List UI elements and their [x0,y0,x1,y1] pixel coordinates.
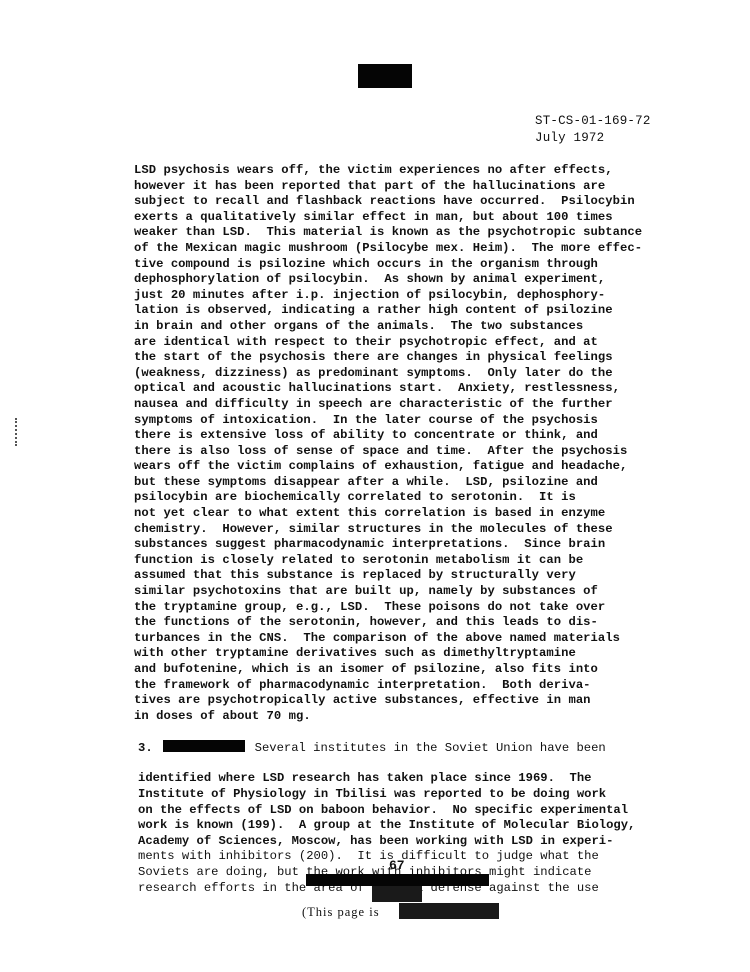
text-line: the framework of pharmacodynamic interpr… [134,678,694,694]
text-line: and bufotenine, which is an isomer of ps… [134,662,694,678]
text-line: weaker than LSD. This material is known … [134,225,694,241]
margin-scan-mark [15,418,20,446]
text-line: substances suggest pharmacodynamic inter… [134,537,694,553]
document-id: ST-CS-01-169-72 [535,113,651,130]
text-line: dephosphorylation of psilocybin. As show… [134,272,694,288]
paragraph-continued: LSD psychosis wears off, the victim expe… [134,163,694,724]
text-line: the start of the psychosis there are cha… [134,350,694,366]
text-line: there is also loss of sense of space and… [134,444,694,460]
paragraph-3-lead: Several institutes in the Soviet Union h… [255,741,606,755]
text-line: exerts a qualitatively similar effect in… [134,210,694,226]
text-line: in brain and other organs of the animals… [134,319,694,335]
text-line: LSD psychosis wears off, the victim expe… [134,163,694,179]
text-line: psilocybin are biochemically correlated … [134,490,694,506]
text-line: similar psychotoxins that are built up, … [134,584,694,600]
text-line: the functions of the serotonin, however,… [134,615,694,631]
text-line: are identical with respect to their psyc… [134,335,694,351]
text-line: lation is observed, indicating a rather … [134,303,694,319]
text-line: turbances in the CNS. The comparison of … [134,631,694,647]
text-line: of the Mexican magic mushroom (Psilocybe… [134,241,694,257]
redaction-block-footer-small [372,886,422,902]
redaction-block-top [358,64,412,88]
text-line: (weakness, dizziness) as predominant sym… [134,366,694,382]
text-line: with other tryptamine derivatives such a… [134,646,694,662]
text-line: nausea and difficulty in speech are char… [134,397,694,413]
document-header: ST-CS-01-169-72 July 1972 [535,113,651,147]
text-line: just 20 minutes after i.p. injection of … [134,288,694,304]
redaction-block-footer [306,874,489,886]
text-line: on the effects of LSD on baboon behavior… [138,803,698,819]
text-line: there is extensive loss of ability to co… [134,428,694,444]
text-line: tive compound is psilozine which occurs … [134,257,694,273]
text-line: tives are psychotropically active substa… [134,693,694,709]
text-line: symptoms of intoxication. In the later c… [134,413,694,429]
text-line: however it has been reported that part o… [134,179,694,195]
paragraph-number: 3. [138,741,153,755]
text-line: ments with inhibitors (200). It is diffi… [138,849,698,865]
redaction-inline [163,740,245,752]
text-line: wears off the victim complains of exhaus… [134,459,694,475]
text-line: not yet clear to what extent this correl… [134,506,694,522]
document-date: July 1972 [535,130,651,147]
page-number: 67 [389,858,405,873]
text-line: assumed that this substance is replaced … [134,568,694,584]
paragraph-3-first-line: 3.Several institutes in the Soviet Union… [138,740,698,756]
text-line: Institute of Physiology in Tbilisi was r… [138,787,698,803]
redaction-block-classification [399,903,499,919]
text-line: subject to recall and flashback reaction… [134,194,694,210]
text-line: identified where LSD research has taken … [138,771,698,787]
text-line: Academy of Sciences, Moscow, has been wo… [138,834,698,850]
text-line: optical and acoustic hallucinations star… [134,381,694,397]
text-line: function is closely related to serotonin… [134,553,694,569]
paragraph-3: 3.Several institutes in the Soviet Union… [138,709,698,896]
text-line: work is known (199). A group at the Inst… [138,818,698,834]
text-line: chemistry. However, similar structures i… [134,522,694,538]
text-line: the tryptamine group, e.g., LSD. These p… [134,600,694,616]
text-line: but these symptoms disappear after a whi… [134,475,694,491]
classification-line: (This page is [302,905,380,920]
